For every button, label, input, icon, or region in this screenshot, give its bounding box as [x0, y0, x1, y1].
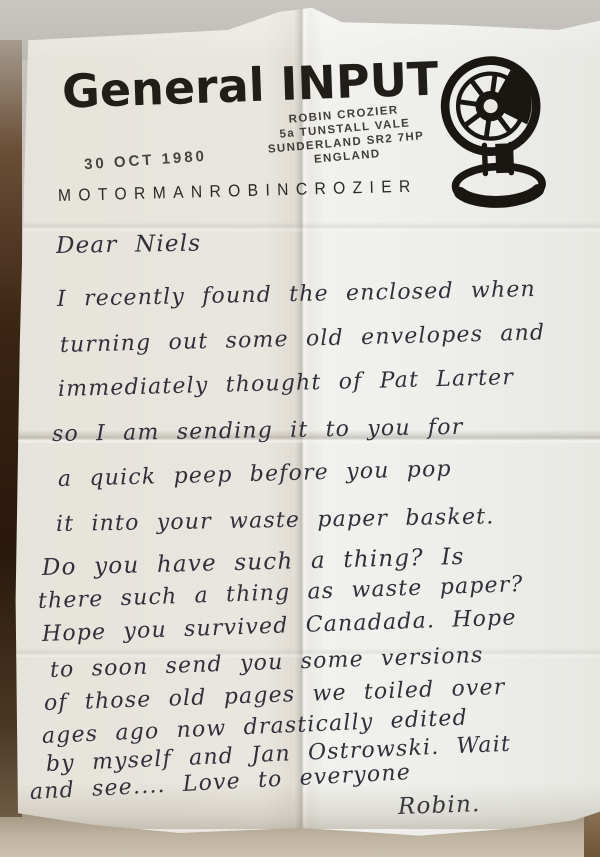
letter-paper: General INPUT ROBIN CROZIER 5a TUNSTALL … — [0, 0, 600, 857]
salutation: Dear Niels — [56, 231, 202, 259]
handwriting-line: a quick peep before you pop — [58, 458, 452, 492]
handwriting-line: so I am sending it to you for — [52, 416, 464, 447]
name-band: MOTORMANROBINCROZIER — [58, 177, 418, 206]
photo-of-letter: General INPUT ROBIN CROZIER 5a TUNSTALL … — [0, 0, 600, 857]
date-stamp: 30 OCT 1980 — [84, 148, 208, 174]
fold-crease-upper — [0, 222, 600, 232]
handwriting-line: I recently found the enclosed when — [57, 278, 536, 312]
handwriting-line: it into your waste paper basket. — [56, 505, 495, 537]
handwriting-line: Hope you survived Canadada. Hope — [42, 606, 517, 647]
desk-fan-icon — [429, 48, 565, 218]
handwriting-line: immediately thought of Pat Larter — [58, 366, 515, 402]
handwriting-line: turning out some old envelopes and — [60, 321, 546, 358]
signature: Robin. — [398, 792, 481, 820]
